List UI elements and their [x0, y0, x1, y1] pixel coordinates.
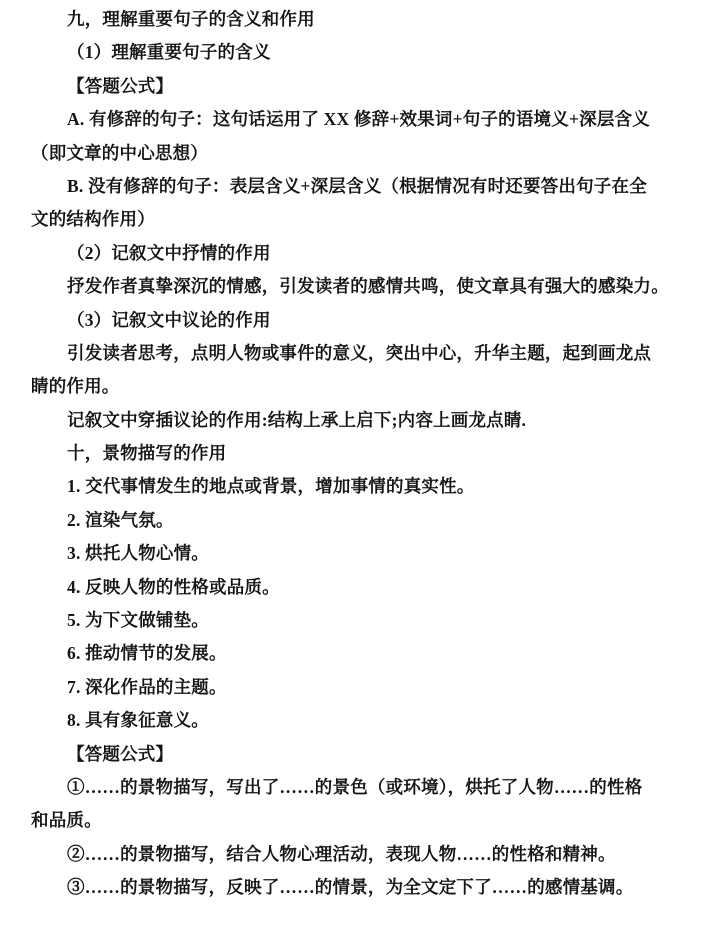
paragraph-line: 文的结构作用）	[31, 203, 710, 236]
paragraph-line: 2. 渲染气氛。	[31, 504, 710, 537]
paragraph-line: 8. 具有象征意义。	[31, 704, 710, 737]
paragraph-line: 【答题公式】	[31, 70, 710, 103]
paragraph-line: 【答题公式】	[31, 738, 710, 771]
paragraph-line: B. 没有修辞的句子：表层含义+深层含义（根据情况有时还要答出句子在全	[31, 170, 710, 203]
paragraph-line: A. 有修辞的句子：这句话运用了 XX 修辞+效果词+句子的语境义+深层含义	[31, 103, 710, 136]
paragraph-line: 3. 烘托人物心情。	[31, 537, 710, 570]
paragraph-line: 记叙文中穿插议论的作用:结构上承上启下;内容上画龙点睛.	[31, 404, 710, 437]
paragraph-line: ①……的景物描写，写出了……的景色（或环境），烘托了人物……的性格	[31, 771, 710, 804]
paragraph-line: ③……的景物描写，反映了……的情景，为全文定下了……的感情基调。	[31, 871, 710, 904]
document-body: 九，理解重要句子的含义和作用（1）理解重要句子的含义【答题公式】A. 有修辞的句…	[0, 0, 720, 905]
paragraph-line: （即文章的中心思想）	[31, 137, 710, 170]
paragraph-line: 睛的作用。	[31, 370, 710, 403]
paragraph-line: 和品质。	[31, 804, 710, 837]
paragraph-line: ②……的景物描写，结合人物心理活动，表现人物……的性格和精神。	[31, 838, 710, 871]
paragraph-line: 十，景物描写的作用	[31, 437, 710, 470]
paragraph-line: 抒发作者真挚深沉的情感，引发读者的感情共鸣，使文章具有强大的感染力。	[31, 270, 710, 303]
paragraph-line: 5. 为下文做铺垫。	[31, 604, 710, 637]
document-page: 九，理解重要句子的含义和作用（1）理解重要句子的含义【答题公式】A. 有修辞的句…	[0, 0, 720, 936]
paragraph-line: 1. 交代事情发生的地点或背景，增加事情的真实性。	[31, 470, 710, 503]
paragraph-line: 4. 反映人物的性格或品质。	[31, 571, 710, 604]
paragraph-line: 6. 推动情节的发展。	[31, 637, 710, 670]
paragraph-line: （2）记叙文中抒情的作用	[31, 237, 710, 270]
paragraph-line: 九，理解重要句子的含义和作用	[31, 3, 710, 36]
paragraph-line: （3）记叙文中议论的作用	[31, 304, 710, 337]
paragraph-line: （1）理解重要句子的含义	[31, 36, 710, 69]
paragraph-line: 7. 深化作品的主题。	[31, 671, 710, 704]
paragraph-line: 引发读者思考，点明人物或事件的意义，突出中心，升华主题，起到画龙点	[31, 337, 710, 370]
